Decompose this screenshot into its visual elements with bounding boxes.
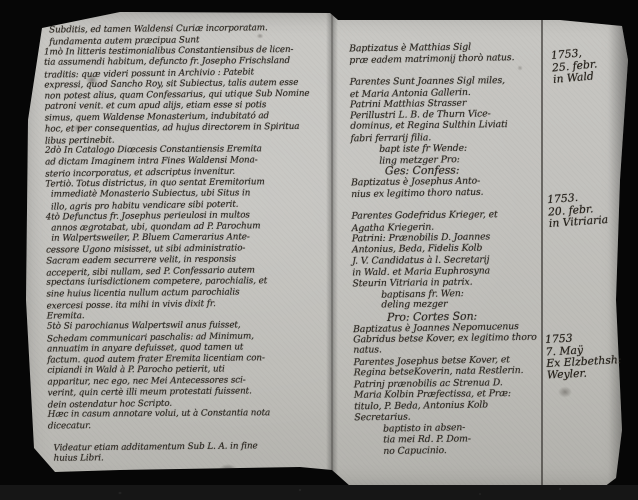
margin-note-date-1: 1753, 25. febr. in Wald: [551, 46, 599, 86]
manuscript-line: 2dò In Catalogo Diœcesis Constantiensis …: [45, 144, 337, 157]
manuscript-line: spectans iurisdictionem competere, paroc…: [46, 276, 338, 289]
margin-note-date-3: 1753 7. Maÿ Ex Elzbethsh: Weyler.: [545, 330, 623, 382]
manuscript-line: cipiandi in Wald à P. Parocho petierit, …: [47, 364, 339, 377]
left-page-handwritten-text: Subditis, ed tamen Waldensi Curiæ incorp…: [44, 22, 341, 465]
manuscript-line: in Walpertsweiler, P. Bluem Camerarius A…: [46, 232, 338, 245]
manuscript-line: huius Libri.: [48, 452, 340, 465]
margin-note-date-2: 1753. 20. febr. in Vitriaria: [547, 190, 609, 230]
manuscript-line: J. V. Candidatus à l. Secretarij: [352, 253, 542, 266]
right-page-handwritten-text: Baptizatus è Matthias Sigl præ eadem mat…: [349, 41, 545, 458]
manuscript-line: Hæc in casum annotare volui, ut à Consta…: [48, 408, 340, 421]
photo-bottom-band: [0, 485, 638, 500]
manuscript-line: patroni venit. et cum apud alijs, etiam …: [45, 100, 337, 113]
scanned-manuscript-photo: Subditis, ed tamen Waldensi Curiæ incorp…: [0, 0, 638, 500]
page-right-edge-shadow: [608, 8, 630, 494]
manuscript-line: Ges: Confess:: [351, 164, 541, 177]
manuscript-line: Maria Kolbin Præfectissa, et Præ:: [354, 388, 544, 401]
manuscript-line: tia mei Rd. P. Dom-: [355, 432, 545, 445]
